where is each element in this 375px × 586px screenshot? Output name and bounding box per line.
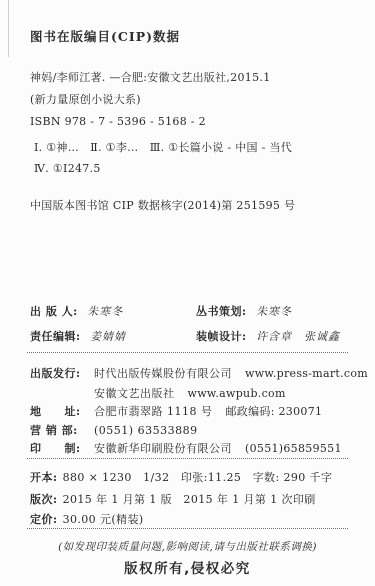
editor-cell: 责任编辑: 姜婧婧 xyxy=(30,328,196,344)
publish-distribute-value: 时代出版传媒股份有限公司 xyxy=(94,367,232,380)
editor-value: 姜婧婧 xyxy=(90,330,126,343)
publisher-person-cell: 出 版 人: 朱寒冬 xyxy=(30,303,196,319)
editor-label: 责任编辑: xyxy=(30,330,81,343)
dotted-divider xyxy=(27,352,348,353)
publisher-name-row: 安徽文艺出版社www.awpub.com xyxy=(30,385,286,401)
quality-note: (如发现印装质量问题,影响阅读,请与出版社联系调换) xyxy=(0,539,375,554)
price-value: 30.00 元(精装) xyxy=(63,513,144,526)
cip-series-line: (新力量原创小说大系) xyxy=(30,94,141,105)
format-value: 880 × 1230 1/32 印张:11.25 字数: 290 千字 xyxy=(63,471,333,484)
format-spec-row: 开本:880 × 1230 1/32 印张:11.25 字数: 290 千字 xyxy=(30,469,332,485)
printer-phone: (0551)65859551 xyxy=(245,442,342,455)
publish-distribute-label: 出版发行: xyxy=(30,365,94,381)
press-mart-url: www.press-mart.com xyxy=(245,367,368,380)
marketing-dept-row: 营 销 部:(0551) 63533889 xyxy=(30,422,211,438)
staff-row: 出 版 人: 朱寒冬 丛书策划: 朱寒冬 xyxy=(30,303,350,319)
series-planner-label: 丛书策划: xyxy=(196,305,247,318)
cip-classification-line-2: Ⅳ. ①I247.5 xyxy=(34,163,101,174)
edition-spec-row: 版次:2015 年 1 月第 1 版 2015 年 1 月第 1 次印刷 xyxy=(30,491,316,507)
design-cell: 装帧设计: 许含章 张诚鑫 xyxy=(196,328,340,344)
dotted-divider xyxy=(27,458,348,459)
address-value: 合肥市翡翠路 1118 号 xyxy=(94,405,213,418)
format-label: 开本: xyxy=(30,471,58,484)
edition-label: 版次: xyxy=(30,493,58,506)
cip-record-number-line: 中国版本图书馆 CIP 数据核字(2014)第 251595 号 xyxy=(30,200,295,211)
publisher-person-value: 朱寒冬 xyxy=(87,305,123,318)
series-planner-value: 朱寒冬 xyxy=(256,305,292,318)
postal-code: 邮政编码: 230071 xyxy=(226,405,323,418)
design-value: 许含章 张诚鑫 xyxy=(256,330,340,343)
address-row: 地 址:合肥市翡翠路 1118 号邮政编码: 230071 xyxy=(30,403,322,419)
awpub-url: www.awpub.com xyxy=(188,387,286,400)
edition-value: 2015 年 1 月第 1 版 2015 年 1 月第 1 次印刷 xyxy=(63,493,316,506)
scan-artifact-line xyxy=(8,0,9,57)
cip-isbn-line: ISBN 978 - 7 - 5396 - 5168 - 2 xyxy=(30,116,206,127)
cip-bibliographic-line: 神妈/李师江著. —合肥:安徽文艺出版社,2015.1 xyxy=(30,72,271,83)
address-label: 地 址: xyxy=(30,403,94,419)
design-label: 装帧设计: xyxy=(196,330,247,343)
cip-classification-line-1: Ⅰ. ①神… Ⅱ. ①李… Ⅲ. ①长篇小说 - 中国 - 当代 xyxy=(34,142,292,153)
series-planner-cell: 丛书策划: 朱寒冬 xyxy=(196,303,292,319)
publisher-person-label: 出 版 人: xyxy=(30,305,78,318)
marketing-dept-label: 营 销 部: xyxy=(30,422,94,438)
printer-label: 印 制: xyxy=(30,440,94,456)
copyright-statement: 版权所有,侵权必究 xyxy=(0,557,375,577)
price-spec-row: 定价:30.00 元(精装) xyxy=(30,511,144,527)
cip-header: 图书在版编目(CIP)数据 xyxy=(30,31,180,44)
publish-distribute-row: 出版发行:时代出版传媒股份有限公司www.press-mart.com xyxy=(30,365,368,381)
printer-row: 印 制:安徽新华印刷股份有限公司(0551)65859551 xyxy=(30,440,342,456)
staff-row: 责任编辑: 姜婧婧 装帧设计: 许含章 张诚鑫 xyxy=(30,328,350,344)
copyright-page: 图书在版编目(CIP)数据 神妈/李师江著. —合肥:安徽文艺出版社,2015.… xyxy=(0,0,375,586)
marketing-dept-phone: (0551) 63533889 xyxy=(94,424,198,437)
dotted-divider xyxy=(27,528,348,529)
price-label: 定价: xyxy=(30,513,58,526)
printer-value: 安徽新华印刷股份有限公司 xyxy=(94,442,232,455)
publisher-name-value: 安徽文艺出版社 xyxy=(94,387,175,400)
